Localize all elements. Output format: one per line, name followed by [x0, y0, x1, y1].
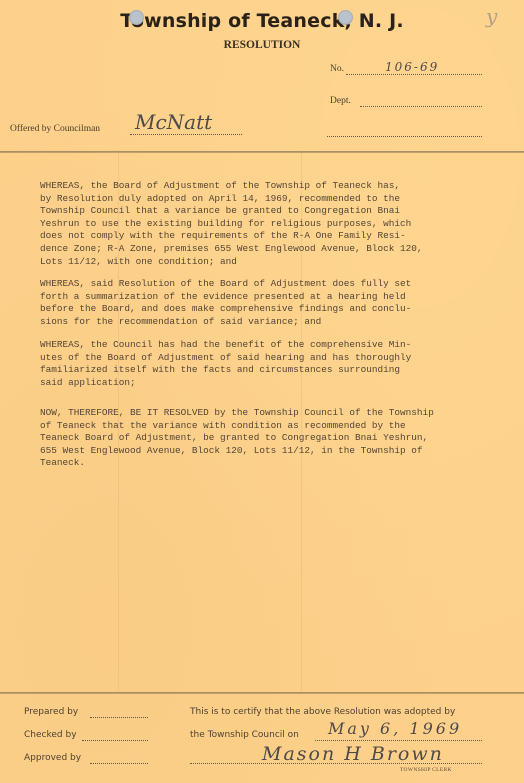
blank-field [327, 136, 482, 137]
resolution-number-label: No. [330, 64, 344, 74]
prepared-by-label: Prepared by [24, 707, 78, 717]
whereas-paragraph-1: WHEREAS, the Board of Adjustment of the … [40, 180, 510, 268]
certification-text: This is to certify that the above Resolu… [190, 707, 455, 717]
whereas-paragraph-3: WHEREAS, the Council has had the benefit… [40, 339, 510, 389]
footer-divider [0, 692, 524, 694]
offered-by-signature: McNatt [135, 110, 212, 134]
dept-field [360, 106, 482, 107]
document-title: Township of Teaneck, N. J. [0, 10, 524, 32]
punch-hole-icon [338, 10, 353, 25]
clerk-caption: TOWNSHIP CLERK [400, 767, 452, 773]
clerk-signature: Mason H Brown [262, 743, 444, 765]
header-divider [0, 151, 524, 153]
document-subtitle: RESOLUTION [0, 39, 524, 51]
resolution-number-field [346, 74, 482, 75]
approved-by-field [90, 763, 148, 764]
dept-label: Dept. [330, 96, 351, 106]
certification-text-line2: the Township Council on [190, 730, 299, 740]
checked-by-field [82, 740, 148, 741]
whereas-paragraph-2: WHEREAS, said Resolution of the Board of… [40, 278, 510, 328]
adopted-date-value: May 6, 1969 [328, 719, 462, 738]
offered-by-label: Offered by Councilman [10, 124, 100, 134]
prepared-by-field [90, 717, 148, 718]
resolved-paragraph: NOW, THEREFORE, BE IT RESOLVED by the To… [40, 407, 510, 470]
document-page [0, 0, 524, 783]
corner-handwritten-mark: y [486, 4, 497, 28]
approved-by-label: Approved by [24, 753, 81, 763]
resolution-number-value: 106-69 [385, 60, 439, 74]
punch-hole-icon [129, 10, 144, 25]
checked-by-label: Checked by [24, 730, 77, 740]
offered-by-field [130, 134, 242, 135]
adopted-date-field [315, 740, 482, 741]
